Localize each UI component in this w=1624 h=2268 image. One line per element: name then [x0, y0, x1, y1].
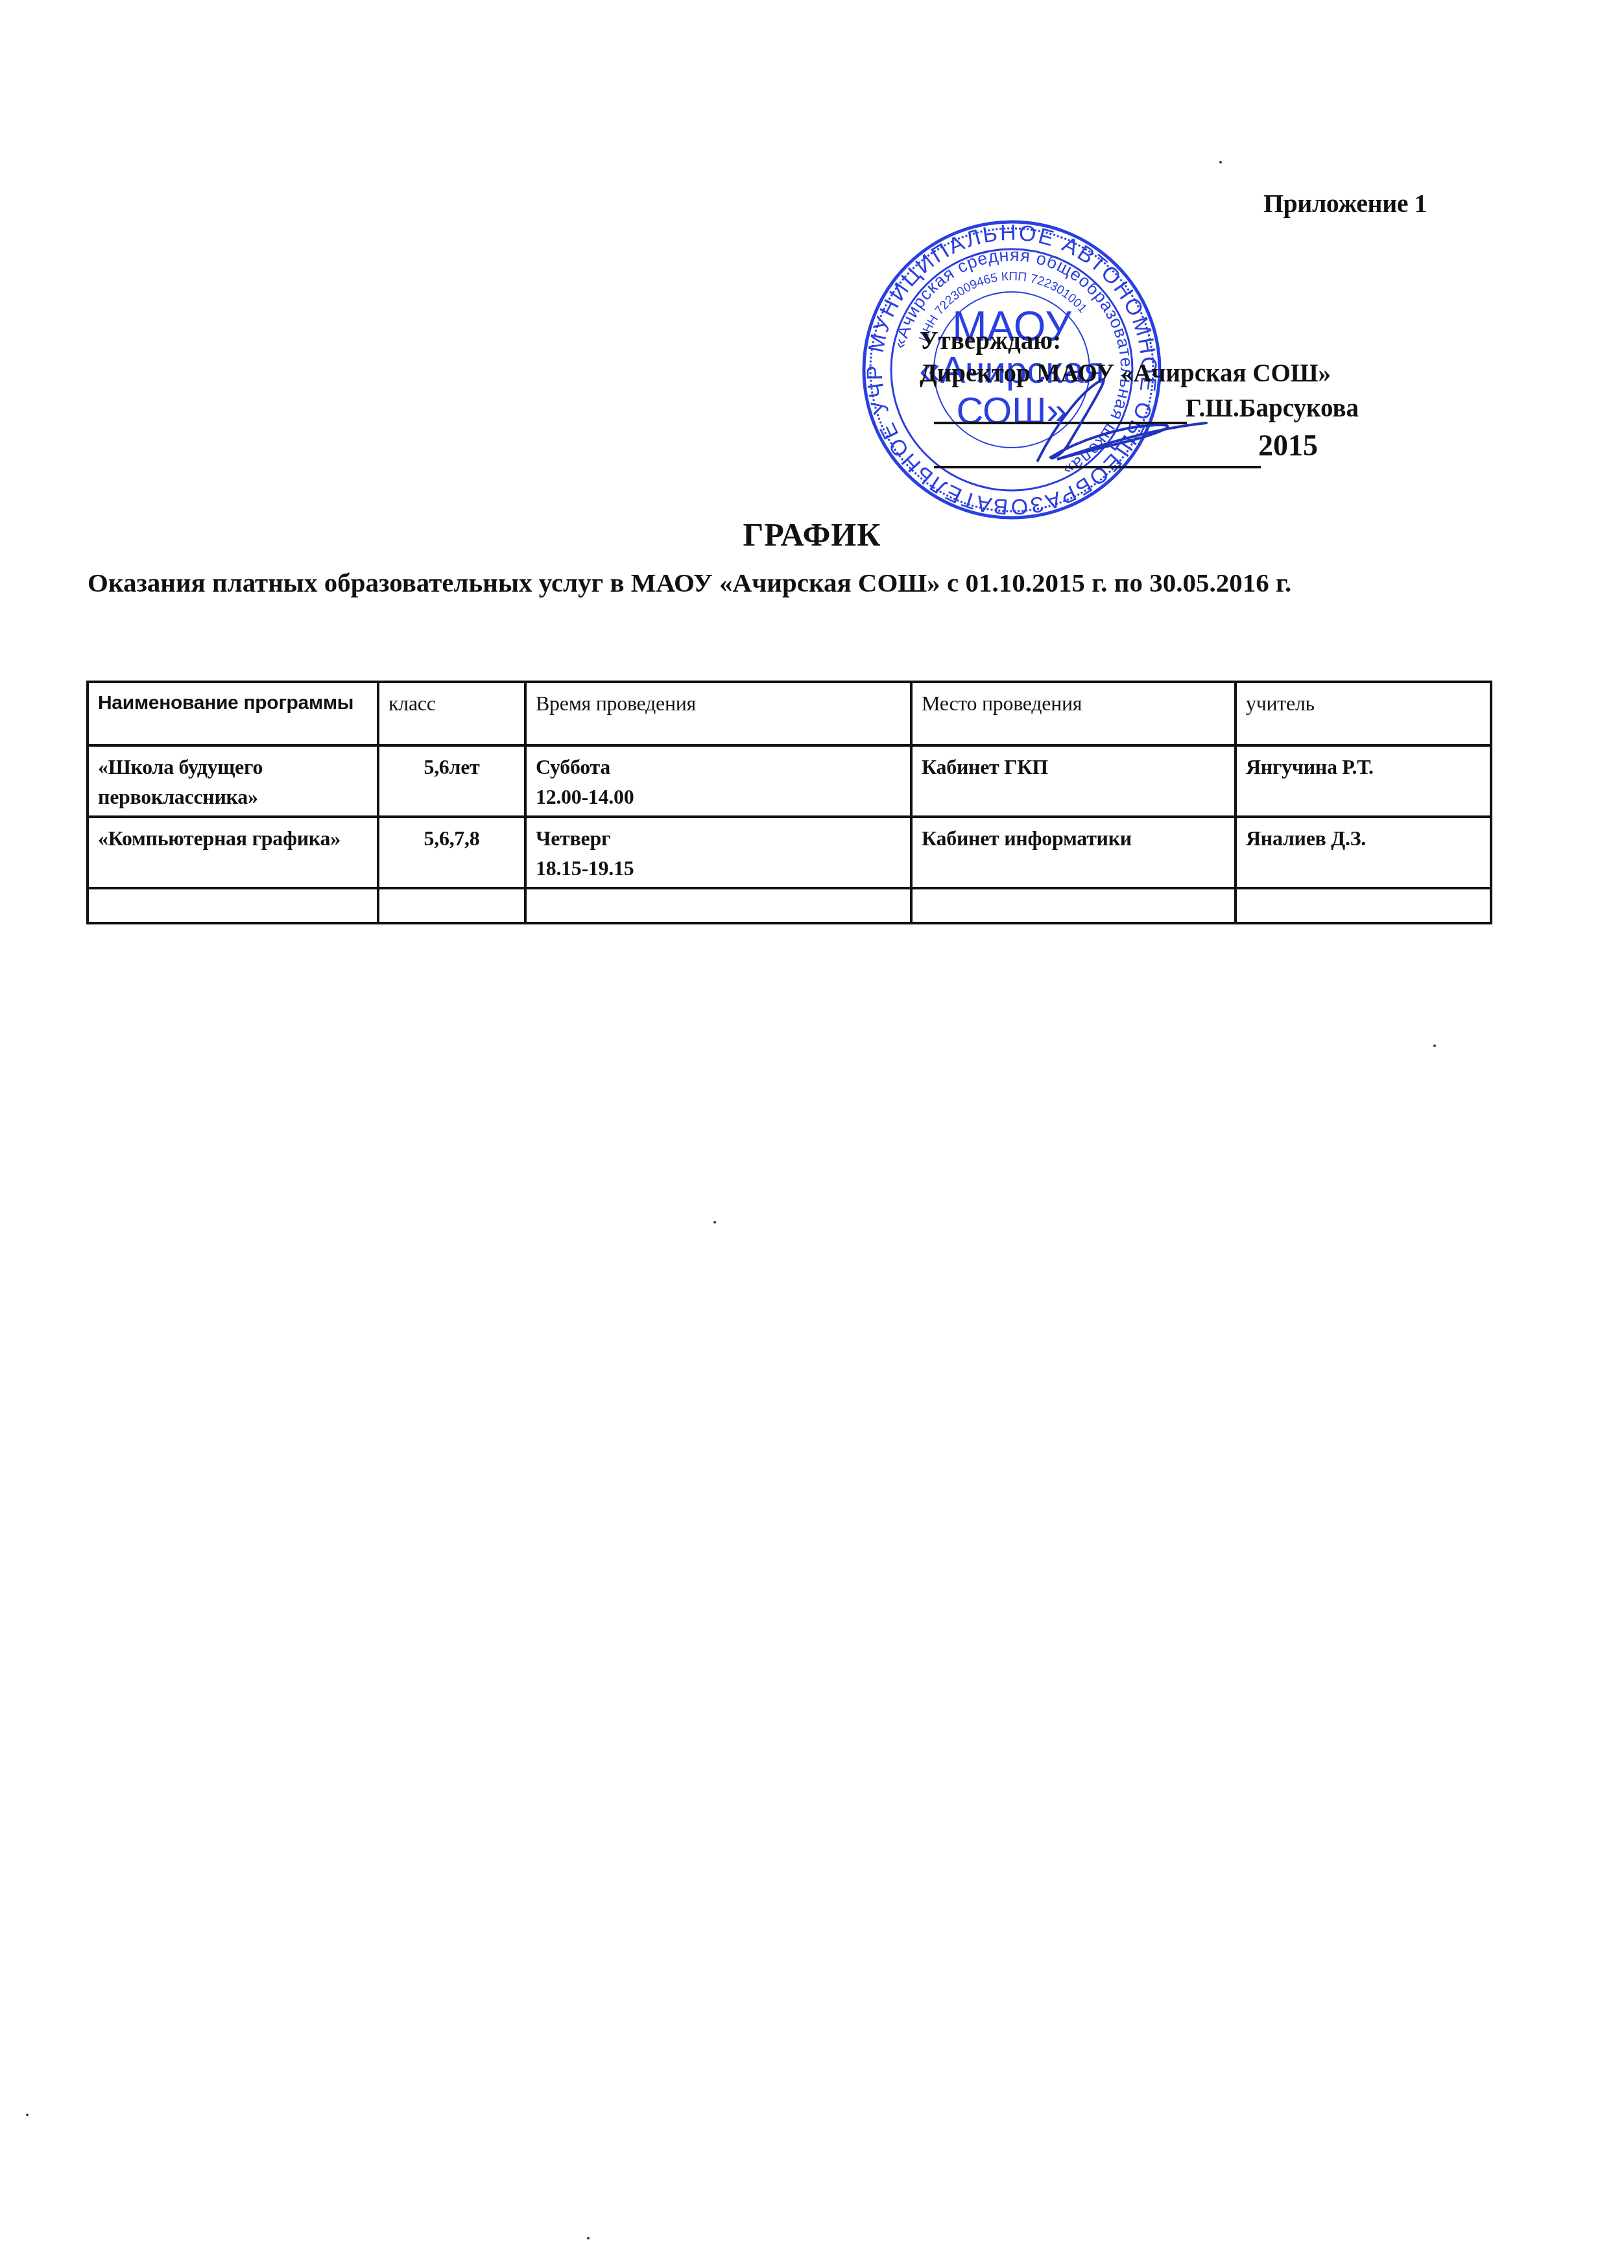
time-value: 12.00-14.00 [536, 782, 901, 812]
time-cell: Четверг 18.15-19.15 [525, 817, 911, 888]
scan-speck [713, 1221, 716, 1224]
time-cell: Суббота 12.00-14.00 [525, 745, 911, 817]
place-cell: Кабинет ГКП [911, 745, 1236, 817]
program-cell: «Школа будущего первоклассника» [88, 745, 378, 817]
teacher-cell: Яналиев Д.З. [1236, 817, 1491, 888]
scan-speck [1219, 161, 1222, 163]
column-header-time: Время проведения [525, 682, 911, 745]
class-cell: 5,6,7,8 [378, 817, 525, 888]
scan-speck [26, 2114, 29, 2116]
table-row: «Компьютерная графика» 5,6,7,8 Четверг 1… [88, 817, 1491, 888]
column-header-program: Наименование программы [88, 682, 378, 745]
program-cell [88, 888, 378, 923]
time-value: 18.15-19.15 [536, 853, 901, 883]
column-header-place: Место проведения [911, 682, 1236, 745]
scan-speck [1433, 1044, 1436, 1047]
program-cell: «Компьютерная графика» [88, 817, 378, 888]
teacher-cell: Янгучина Р.Т. [1236, 745, 1491, 817]
approval-year: 2015 [1258, 428, 1318, 463]
day-value: Четверг [536, 823, 901, 853]
appendix-label: Приложение 1 [1263, 188, 1427, 219]
signature-icon [1012, 363, 1219, 467]
approval-label: Утверждаю: [920, 326, 1061, 356]
column-header-class: класс [378, 682, 525, 745]
document-title: ГРАФИК [0, 516, 1624, 553]
place-cell: Кабинет информатики [911, 817, 1236, 888]
day-value: Суббота [536, 752, 901, 782]
table-row: «Школа будущего первоклассника» 5,6лет С… [88, 745, 1491, 817]
table-row-empty [88, 888, 1491, 923]
time-cell [525, 888, 911, 923]
teacher-cell [1236, 888, 1491, 923]
document-subtitle: Оказания платных образовательных услуг в… [88, 563, 1352, 602]
place-cell [911, 888, 1236, 923]
class-cell [378, 888, 525, 923]
scan-speck [587, 2237, 590, 2239]
class-cell: 5,6лет [378, 745, 525, 817]
schedule-table: Наименование программы класс Время прове… [86, 681, 1492, 924]
column-header-teacher: учитель [1236, 682, 1491, 745]
table-header-row: Наименование программы класс Время прове… [88, 682, 1491, 745]
